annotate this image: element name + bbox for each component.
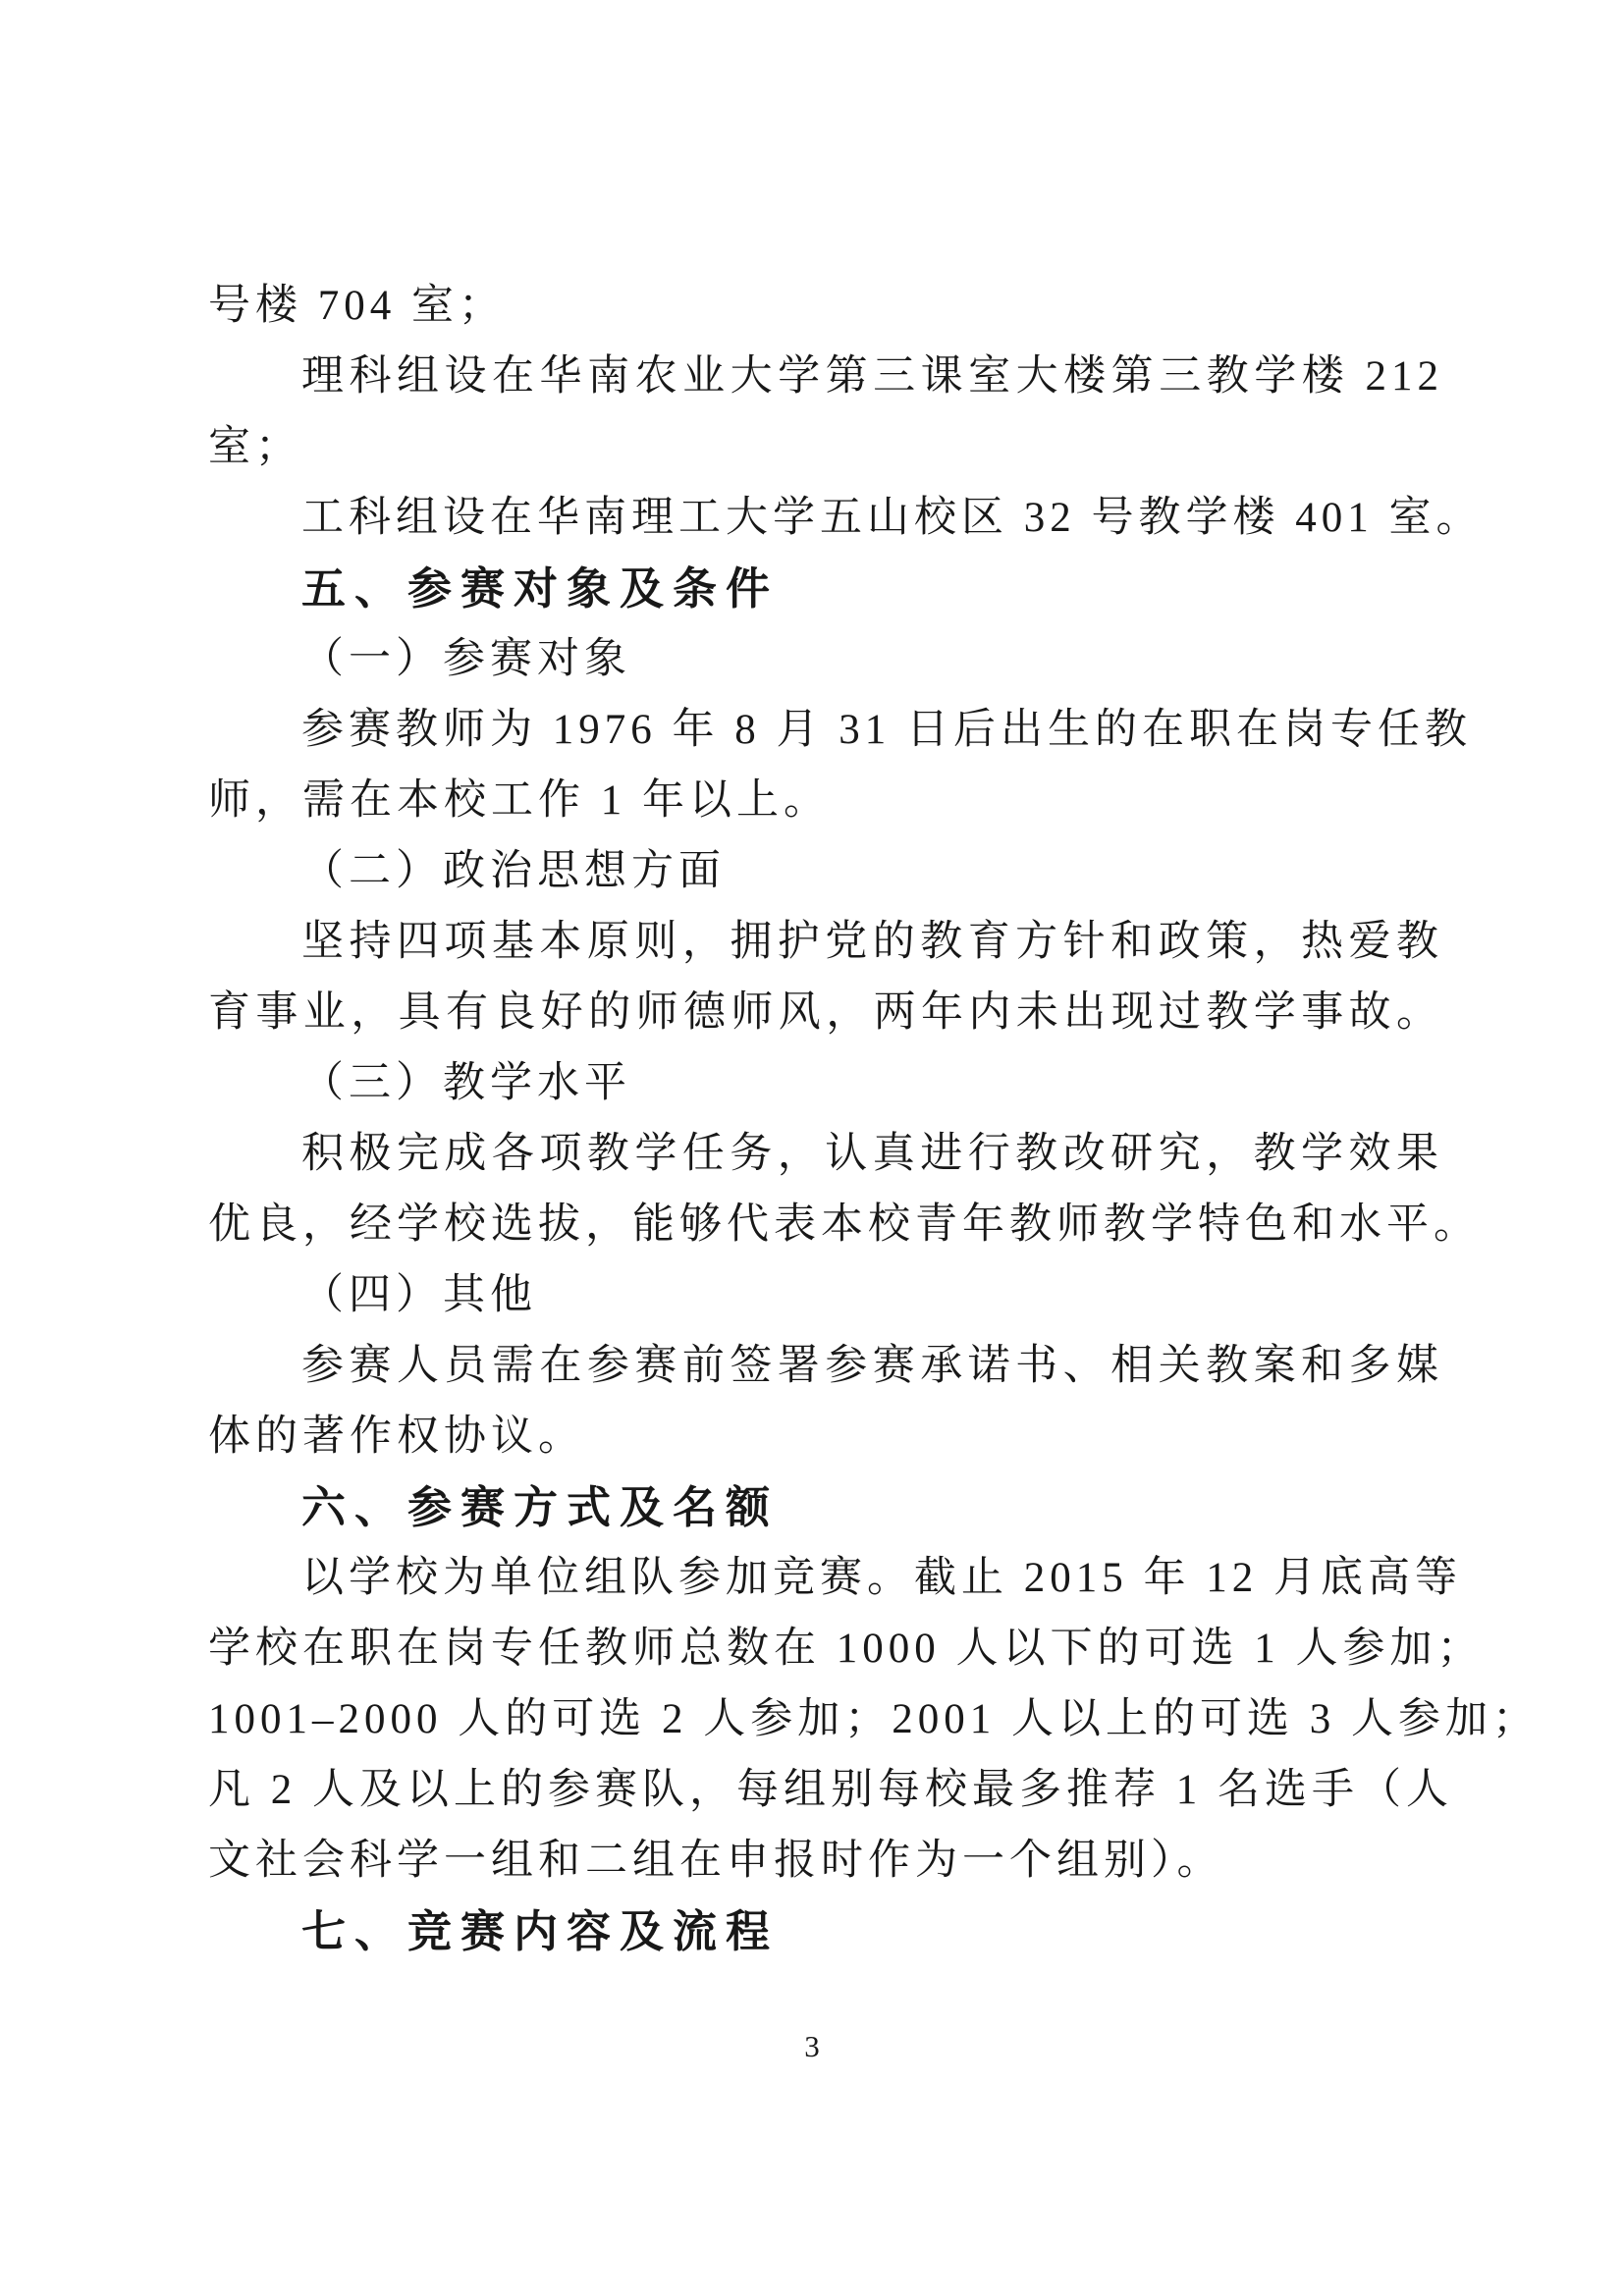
- text-line: 师，需在本校工作 1 年以上。: [208, 766, 1443, 836]
- document-page: 号楼 704 室；理科组设在华南农业大学第三课室大楼第三教学楼 212室；工科组…: [0, 0, 1624, 2296]
- text-line: 体的著作权协议。: [208, 1402, 1443, 1472]
- text-line: 1001–2000 人的可选 2 人参加；2001 人以上的可选 3 人参加；: [208, 1684, 1443, 1755]
- page-number: 3: [0, 2020, 1624, 2073]
- text-line: （四）其他: [208, 1260, 1443, 1331]
- section-heading: 五、参赛对象及条件: [208, 554, 1443, 624]
- text-line: 室；: [208, 412, 1443, 483]
- section-heading: 七、竞赛内容及流程: [208, 1896, 1443, 1967]
- text-line: 参赛人员需在参赛前签署参赛承诺书、相关教案和多媒: [208, 1331, 1443, 1402]
- text-line: （三）教学水平: [208, 1048, 1443, 1119]
- text-line: 理科组设在华南农业大学第三课室大楼第三教学楼 212: [208, 342, 1443, 412]
- text-line: 积极完成各项教学任务，认真进行教改研究，教学效果: [208, 1119, 1443, 1190]
- text-line: 文社会科学一组和二组在申报时作为一个组别）。: [208, 1826, 1443, 1896]
- section-heading: 六、参赛方式及名额: [208, 1472, 1443, 1543]
- text-line: 育事业，具有良好的师德师风，两年内未出现过教学事故。: [208, 978, 1443, 1048]
- text-line: （二）政治思想方面: [208, 836, 1443, 907]
- text-line: 优良，经学校选拔，能够代表本校青年教师教学特色和水平。: [208, 1190, 1443, 1260]
- text-line: 坚持四项基本原则，拥护党的教育方针和政策，热爱教: [208, 907, 1443, 978]
- text-line: 参赛教师为 1976 年 8 月 31 日后出生的在职在岗专任教: [208, 695, 1443, 766]
- document-body: 号楼 704 室；理科组设在华南农业大学第三课室大楼第三教学楼 212室；工科组…: [208, 271, 1443, 1967]
- text-line: 学校在职在岗专任教师总数在 1000 人以下的可选 1 人参加；: [208, 1614, 1443, 1684]
- text-line: （一）参赛对象: [208, 624, 1443, 695]
- text-line: 工科组设在华南理工大学五山校区 32 号教学楼 401 室。: [208, 483, 1443, 554]
- text-line: 以学校为单位组队参加竞赛。截止 2015 年 12 月底高等: [208, 1543, 1443, 1614]
- text-line: 号楼 704 室；: [208, 271, 1443, 342]
- text-line: 凡 2 人及以上的参赛队，每组别每校最多推荐 1 名选手（人: [208, 1755, 1443, 1826]
